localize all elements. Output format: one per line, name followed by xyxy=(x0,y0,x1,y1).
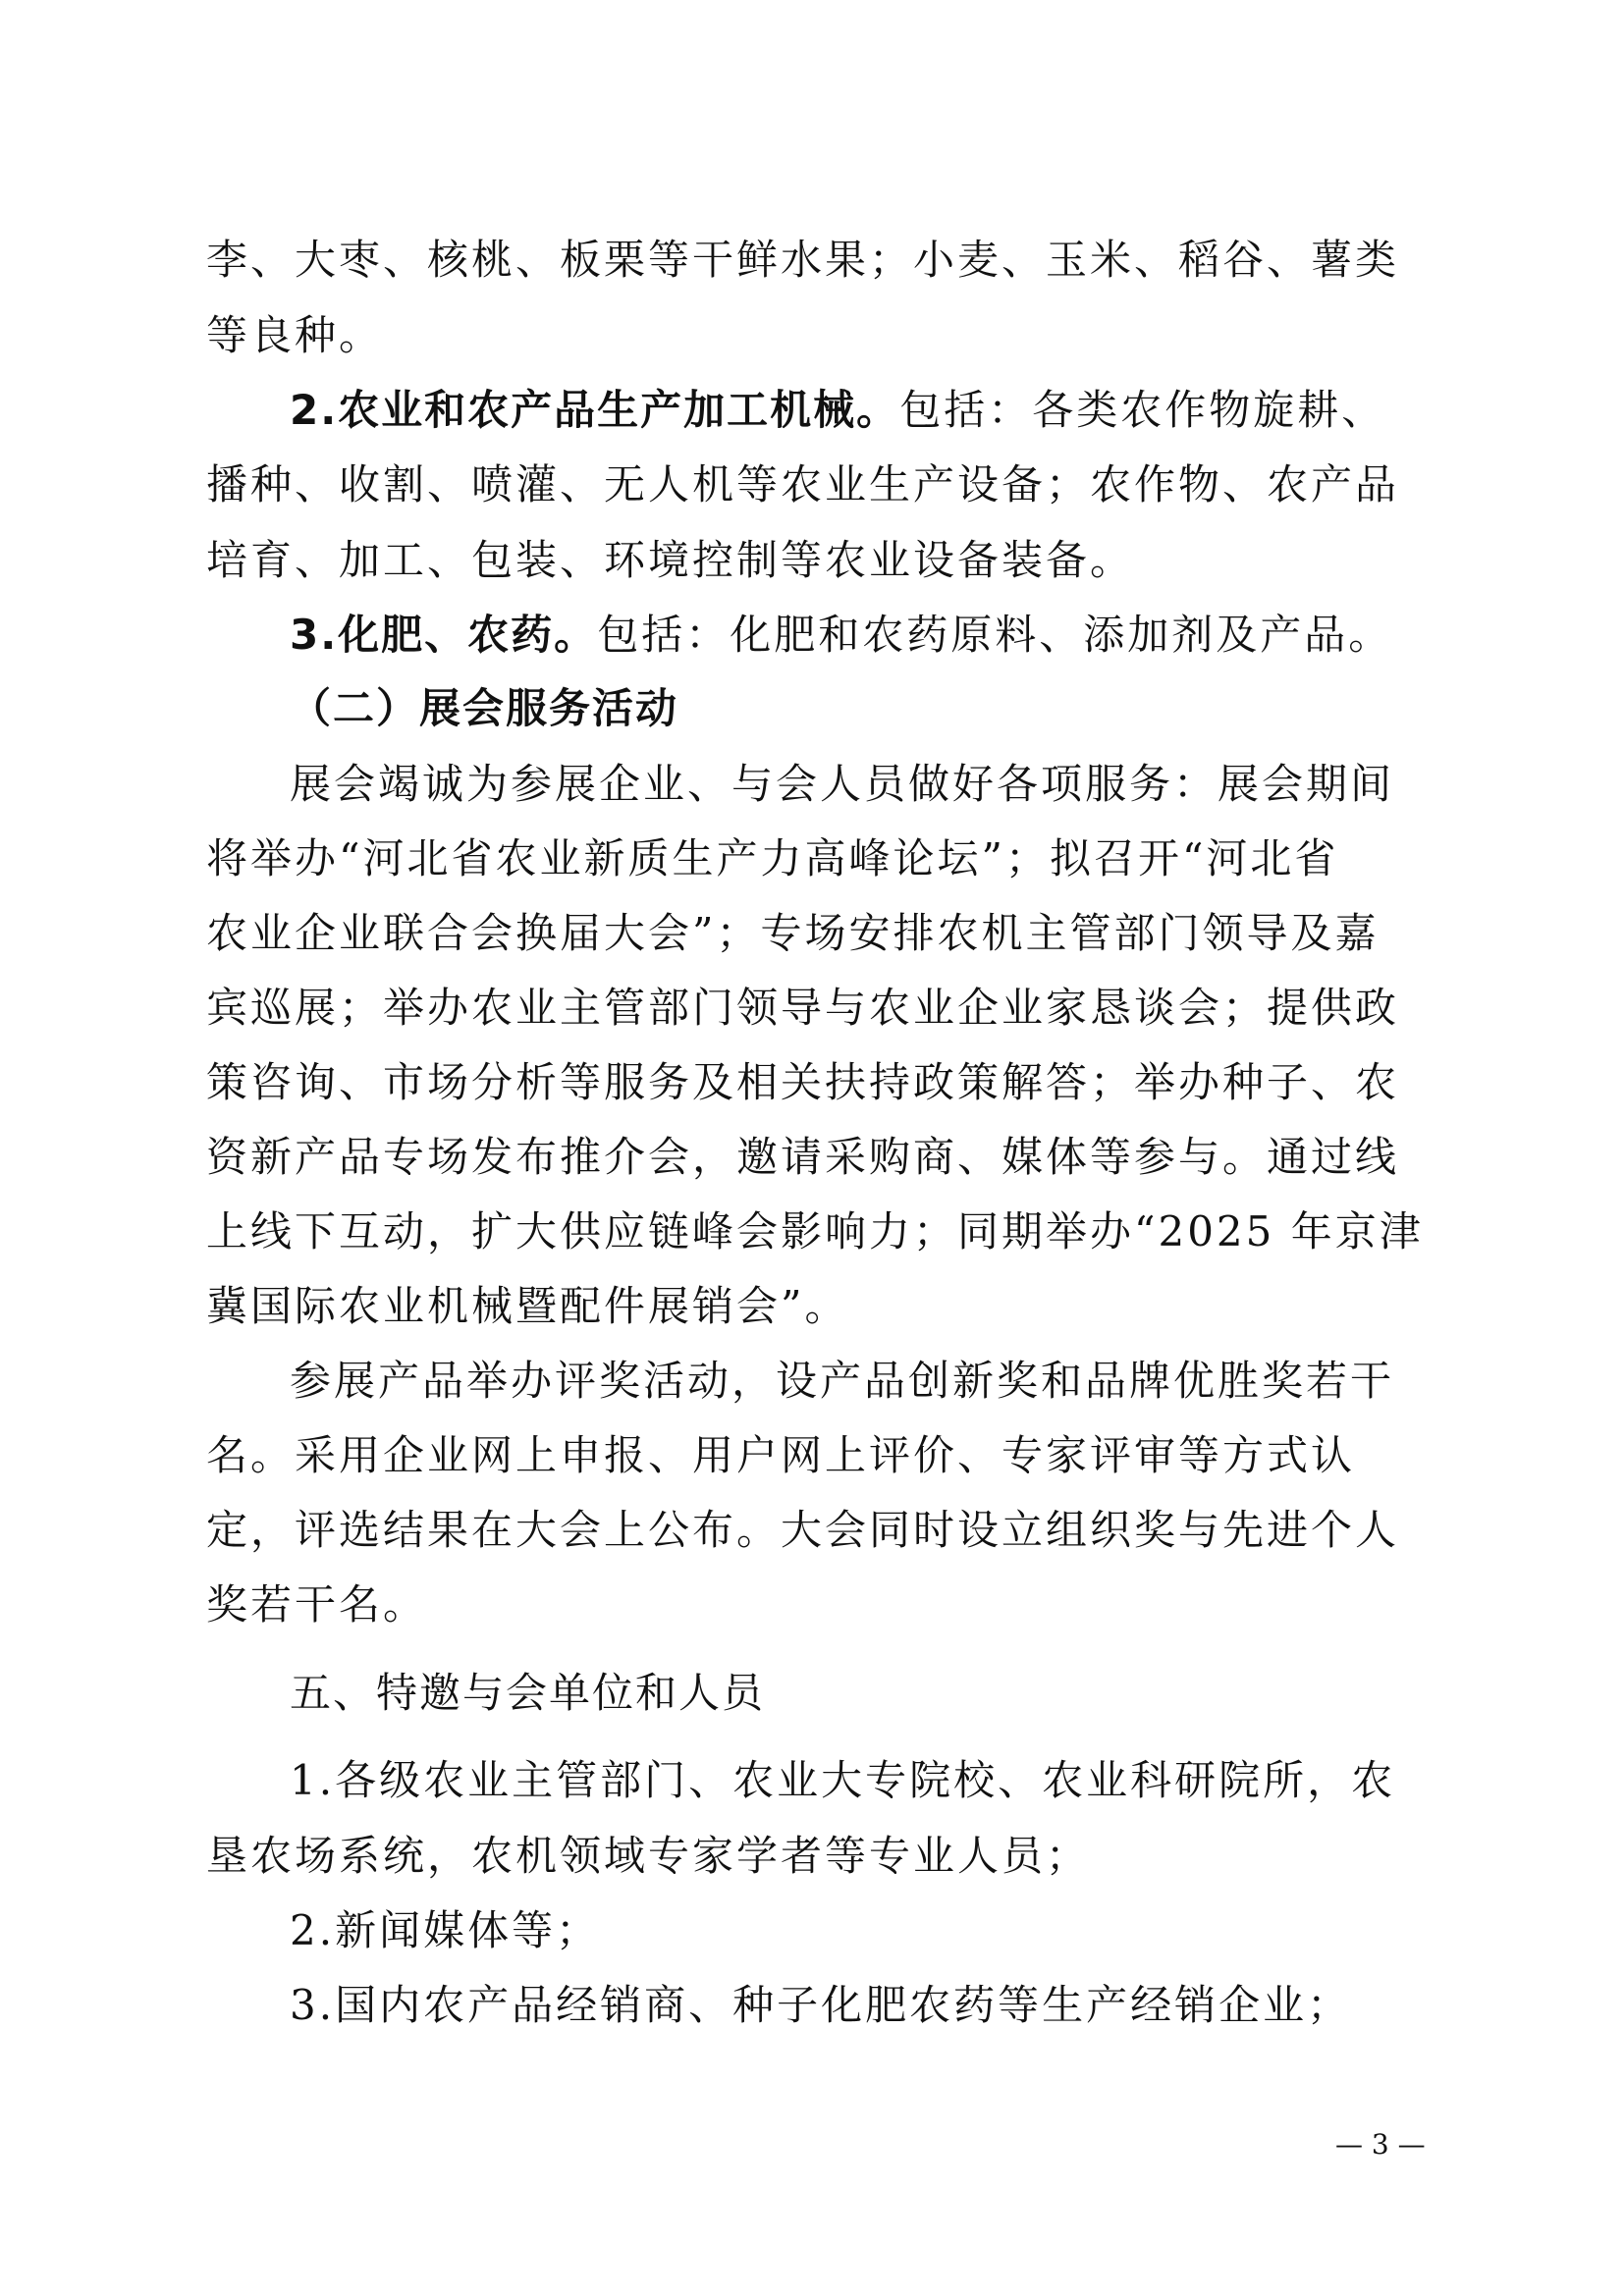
line-text: 上线下互动，扩大供应链峰会影响力；同期举办“2025 年京津 xyxy=(206,1207,1424,1255)
text-line: （二）展会服务活动 xyxy=(290,684,678,733)
line-text: 参展产品举办评奖活动，设产品创新奖和品牌优胜奖若干 xyxy=(290,1357,1394,1405)
page-number: — 3 — xyxy=(1335,2128,1426,2162)
line-text: 名。采用企业网上申报、用户网上评价、专家评审等方式认 xyxy=(206,1431,1355,1479)
line-text: 展会竭诚为参展企业、与会人员做好各项服务：展会期间 xyxy=(290,760,1394,808)
line-text: 奖若干名。 xyxy=(206,1580,427,1629)
text-line: 播种、收割、喷灌、无人机等农业生产设备；农作物、农产品 xyxy=(206,460,1399,509)
text-line: 资新产品专场发布推介会，邀请采购商、媒体等参与。通过线 xyxy=(206,1133,1399,1182)
text-line: 名。采用企业网上申报、用户网上评价、专家评审等方式认 xyxy=(206,1431,1355,1480)
line-text: 3.国内农产品经销商、种子化肥农药等生产经销企业； xyxy=(290,1981,1351,2029)
list-line: 2.新闻媒体等； xyxy=(290,1906,600,1955)
line-text: 等良种。 xyxy=(206,311,383,359)
line-text: 将举办“河北省农业新质生产力高峰论坛”；拟召开“河北省 xyxy=(206,834,1338,882)
text-line: 策咨询、市场分析等服务及相关扶持政策解答；举办种子、农 xyxy=(206,1058,1399,1107)
text-line: 农业企业联合会换届大会”；专场安排农机主管部门领导及嘉 xyxy=(206,909,1379,958)
list-line: 1.各级农业主管部门、农业大专院校、农业科研院所，农 xyxy=(290,1756,1395,1805)
text-line: 宾巡展；举办农业主管部门领导与农业企业家恳谈会；提供政 xyxy=(206,984,1399,1033)
line-text: 冀国际农业机械暨配件展销会”。 xyxy=(206,1282,848,1330)
bold-lead: 2.农业和农产品生产加工机械。 xyxy=(290,386,899,434)
bold-lead: 3.化肥、农药。 xyxy=(290,611,597,659)
list-line: 垦农场系统，农机领域专家学者等专业人员； xyxy=(206,1832,1090,1881)
text-line: 3.化肥、农药。包括：化肥和农药原料、添加剂及产品。 xyxy=(290,611,1392,660)
text-line: 奖若干名。 xyxy=(206,1580,427,1629)
line-text: 农业企业联合会换届大会”；专场安排农机主管部门领导及嘉 xyxy=(206,909,1379,957)
line-text: 垦农场系统，农机领域专家学者等专业人员； xyxy=(206,1832,1090,1880)
bold-lead: （二）展会服务活动 xyxy=(290,684,678,732)
line-text: 2.新闻媒体等； xyxy=(290,1906,600,1954)
line-text: 1.各级农业主管部门、农业大专院校、农业科研院所，农 xyxy=(290,1756,1395,1804)
text-line: 上线下互动，扩大供应链峰会影响力；同期举办“2025 年京津 xyxy=(206,1207,1424,1256)
line-text: 李、大枣、核桃、板栗等干鲜水果；小麦、玉米、稻谷、薯类 xyxy=(206,236,1399,284)
line-text: 包括：各类农作物旋耕、 xyxy=(899,386,1385,434)
text-line: 参展产品举办评奖活动，设产品创新奖和品牌优胜奖若干 xyxy=(290,1357,1394,1406)
line-text: 培育、加工、包装、环境控制等农业设备装备。 xyxy=(206,536,1134,584)
text-line: 等良种。 xyxy=(206,311,383,360)
text-line: 李、大枣、核桃、板栗等干鲜水果；小麦、玉米、稻谷、薯类 xyxy=(206,236,1399,285)
document-page: 李、大枣、核桃、板栗等干鲜水果；小麦、玉米、稻谷、薯类等良种。2.农业和农产品生… xyxy=(0,0,1624,2296)
line-text: 策咨询、市场分析等服务及相关扶持政策解答；举办种子、农 xyxy=(206,1058,1399,1106)
line-text: 定，评选结果在大会上公布。大会同时设立组织奖与先进个人 xyxy=(206,1506,1399,1554)
line-text: 资新产品专场发布推介会，邀请采购商、媒体等参与。通过线 xyxy=(206,1133,1399,1181)
text-line: 定，评选结果在大会上公布。大会同时设立组织奖与先进个人 xyxy=(206,1506,1399,1555)
list-line: 3.国内农产品经销商、种子化肥农药等生产经销企业； xyxy=(290,1981,1351,2030)
text-line: 将举办“河北省农业新质生产力高峰论坛”；拟召开“河北省 xyxy=(206,834,1338,883)
line-text: 包括：化肥和农药原料、添加剂及产品。 xyxy=(597,611,1392,659)
text-line: 2.农业和农产品生产加工机械。包括：各类农作物旋耕、 xyxy=(290,386,1385,435)
text-line: 冀国际农业机械暨配件展销会”。 xyxy=(206,1282,848,1331)
line-text: 宾巡展；举办农业主管部门领导与农业企业家恳谈会；提供政 xyxy=(206,984,1399,1032)
text-line: 展会竭诚为参展企业、与会人员做好各项服务：展会期间 xyxy=(290,760,1394,809)
text-line: 培育、加工、包装、环境控制等农业设备装备。 xyxy=(206,536,1134,585)
line-text: 播种、收割、喷灌、无人机等农业生产设备；农作物、农产品 xyxy=(206,460,1399,508)
section-heading: 五、特邀与会单位和人员 xyxy=(290,1669,765,1718)
